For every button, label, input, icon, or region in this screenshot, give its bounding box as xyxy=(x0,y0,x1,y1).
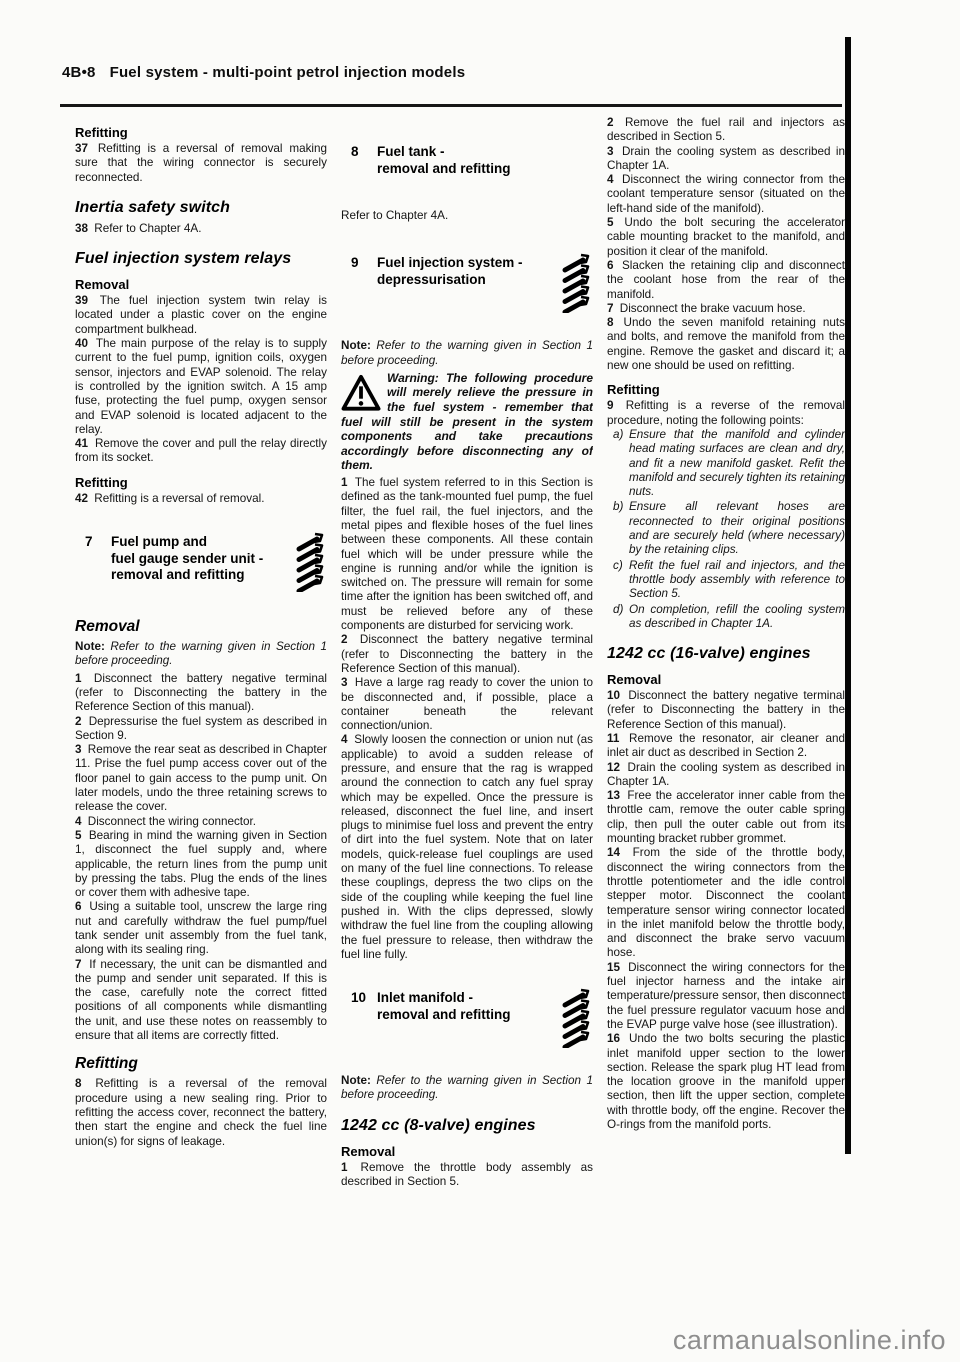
list-label: b) xyxy=(613,500,629,557)
step-paragraph: 3 Have a large rag ready to cover the un… xyxy=(341,676,593,733)
step-paragraph: 6 Slacken the retaining clip and disconn… xyxy=(607,259,845,302)
step-number: 38 xyxy=(75,222,91,235)
step-number: 13 xyxy=(607,789,623,802)
note: Note: Refer to the warning given in Sect… xyxy=(75,640,327,669)
step-text: Remove the cover and pull the relay dire… xyxy=(75,437,327,464)
step-paragraph: 11 Remove the resonator, air cleaner and… xyxy=(607,732,845,761)
step-text: Using a suitable tool, unscrew the large… xyxy=(75,900,327,956)
column-2: 8Fuel tank -removal and refittingRefer t… xyxy=(341,116,593,1189)
list-item: a)Ensure that the manifold and cylinder … xyxy=(613,428,845,499)
section-heading: 9Fuel injection system -depressurisation xyxy=(341,255,593,313)
list-item: d)On completion, refill the cooling syst… xyxy=(613,603,845,632)
list-label: c) xyxy=(613,559,629,602)
step-text: Slacken the retaining clip and disconnec… xyxy=(607,259,845,301)
step-text: Drain the cooling system as described in… xyxy=(607,761,845,788)
step-text: Refitting is a reversal of removal. xyxy=(94,492,264,505)
step-text: Refitting is a reversal of the removal p… xyxy=(75,1077,327,1147)
list-text: On completion, refill the cooling system… xyxy=(629,603,845,632)
step-text: Undo the seven manifold retaining nuts a… xyxy=(607,316,845,372)
section-number: 10 xyxy=(341,990,377,1005)
section-title-line: Inlet manifold - xyxy=(377,990,559,1007)
step-number: 6 xyxy=(607,259,617,272)
step-paragraph: 2 Depressurise the fuel system as descri… xyxy=(75,715,327,744)
step-paragraph: 4 Disconnect the wiring connector from t… xyxy=(607,173,845,216)
note: Note: Refer to the warning given in Sect… xyxy=(341,339,593,368)
step-paragraph: 13 Free the accelerator inner cable from… xyxy=(607,789,845,846)
step-number: 1 xyxy=(75,672,85,685)
note-label: Note: xyxy=(341,339,371,352)
warning-triangle-icon xyxy=(341,374,381,412)
warning-box: Warning: The following procedure will me… xyxy=(341,371,593,473)
subheading: Refitting xyxy=(75,125,327,140)
step-paragraph: 10 Disconnect the battery negative termi… xyxy=(607,689,845,732)
section-title-line: removal and refitting xyxy=(111,567,293,584)
section-title-line: Fuel tank - xyxy=(377,144,559,161)
step-number: 4 xyxy=(341,733,351,746)
step-text: Refitting is a reversal of removal makin… xyxy=(75,142,327,184)
step-number: 8 xyxy=(75,1077,85,1090)
step-text: Depressurise the fuel system as describe… xyxy=(75,715,327,742)
step-text: Remove the throttle body assembly as des… xyxy=(341,1161,593,1188)
list-text: Ensure all relevant hoses are reconnecte… xyxy=(629,500,845,557)
step-text: The fuel injection system twin relay is … xyxy=(75,294,327,336)
step-number: 8 xyxy=(607,316,617,329)
step-number: 4 xyxy=(607,173,617,186)
step-text: Refitting is a reverse of the removal pr… xyxy=(607,399,845,426)
step-paragraph: 3 Drain the cooling system as described … xyxy=(607,145,845,174)
wrenches-icon xyxy=(559,251,593,313)
note-text: Refer to the warning given in Section 1 … xyxy=(341,339,593,366)
page-header: 4B•8Fuel system - multi-point petrol inj… xyxy=(62,64,465,81)
section-title: Fuel injection system -depressurisation xyxy=(377,255,559,288)
step-text: The main purpose of the relay is to supp… xyxy=(75,337,327,436)
note-label: Note: xyxy=(75,640,105,653)
subheading: Refitting xyxy=(75,475,327,490)
step-number: 5 xyxy=(75,829,85,842)
step-text: Disconnect the wiring connectors for the… xyxy=(607,961,845,1031)
step-paragraph: 3 Remove the rear seat as described in C… xyxy=(75,743,327,814)
section-title-line: removal and refitting xyxy=(377,161,559,178)
page-title: Fuel system - multi-point petrol injecti… xyxy=(110,64,466,81)
step-text: Disconnect the battery negative terminal… xyxy=(607,689,845,731)
section-number: 9 xyxy=(341,255,377,270)
spine-bar xyxy=(845,37,851,1154)
header-divider xyxy=(60,104,842,107)
section-subheading: 1242 cc (8-valve) engines xyxy=(341,1117,593,1135)
step-text: Refer to Chapter 4A. xyxy=(94,222,201,235)
column-3: 2 Remove the fuel rail and injectors as … xyxy=(607,116,845,1132)
step-paragraph: 7 Disconnect the brake vacuum hose. xyxy=(607,302,845,316)
step-number: 12 xyxy=(607,761,623,774)
watermark: carmanualsonline.info xyxy=(673,1325,946,1356)
step-text: If necessary, the unit can be dismantled… xyxy=(75,958,327,1042)
note: Note: Refer to the warning given in Sect… xyxy=(341,1074,593,1103)
section-title-line: Fuel pump and xyxy=(111,534,293,551)
step-text: Remove the resonator, air cleaner and in… xyxy=(607,732,845,759)
step-text: Disconnect the battery negative terminal… xyxy=(75,672,327,714)
step-text: Disconnect the wiring connector. xyxy=(88,815,256,828)
list-item: b)Ensure all relevant hoses are reconnec… xyxy=(613,500,845,557)
step-paragraph: 8 Refitting is a reversal of the removal… xyxy=(75,1077,327,1148)
step-number: 2 xyxy=(75,715,85,728)
section-title-line: Fuel injection system - xyxy=(377,255,559,272)
step-number: 1 xyxy=(341,1161,351,1174)
step-paragraph: 15 Disconnect the wiring connectors for … xyxy=(607,961,845,1032)
step-paragraph: 2 Remove the fuel rail and injectors as … xyxy=(607,116,845,145)
step-number: 1 xyxy=(341,476,351,489)
wrenches-icon xyxy=(559,986,593,1048)
step-paragraph: 4 Slowly loosen the connection or union … xyxy=(341,733,593,962)
step-paragraph: 14 From the side of the throttle body, d… xyxy=(607,846,845,960)
step-paragraph: 8 Undo the seven manifold retaining nuts… xyxy=(607,316,845,373)
section-heading: 8Fuel tank -removal and refitting xyxy=(341,144,593,177)
step-text: Undo the two bolts securing the plastic … xyxy=(607,1032,845,1131)
warning-label: Warning: xyxy=(387,371,439,385)
section-heading: 7Fuel pump andfuel gauge sender unit -re… xyxy=(75,534,327,592)
step-paragraph: 1 Disconnect the battery negative termin… xyxy=(75,672,327,715)
section-heading: 10Inlet manifold -removal and refitting xyxy=(341,990,593,1048)
subheading: Removal xyxy=(607,672,845,687)
paragraph: Refer to Chapter 4A. xyxy=(341,209,593,223)
step-paragraph: 5 Undo the bolt securing the accelerator… xyxy=(607,216,845,259)
step-paragraph: 4 Disconnect the wiring connector. xyxy=(75,815,327,829)
step-number: 4 xyxy=(75,815,85,828)
section-title: Fuel tank -removal and refitting xyxy=(377,144,559,177)
subheading: Refitting xyxy=(75,1055,327,1073)
step-text: Bearing in mind the warning given in Sec… xyxy=(75,829,327,899)
step-number: 9 xyxy=(607,399,617,412)
step-text: Free the accelerator inner cable from th… xyxy=(607,789,845,845)
step-paragraph: 5 Bearing in mind the warning given in S… xyxy=(75,829,327,900)
subheading: Refitting xyxy=(607,382,845,397)
section-subheading: Inertia safety switch xyxy=(75,199,327,217)
step-text: Remove the fuel rail and injectors as de… xyxy=(607,116,845,143)
section-number: 7 xyxy=(75,534,111,549)
text-columns: Refitting37 Refitting is a reversal of r… xyxy=(75,116,845,1189)
section-title-line: removal and refitting xyxy=(377,1007,559,1024)
page-number: 4B•8 xyxy=(62,64,96,81)
step-number: 5 xyxy=(607,216,617,229)
step-paragraph: 41 Remove the cover and pull the relay d… xyxy=(75,437,327,466)
list-label: a) xyxy=(613,428,629,499)
section-title-line: fuel gauge sender unit - xyxy=(111,551,293,568)
step-paragraph: 9 Refitting is a reverse of the removal … xyxy=(607,399,845,428)
step-number: 11 xyxy=(607,732,622,745)
step-number: 3 xyxy=(341,676,351,689)
step-text: Undo the bolt securing the accelerator c… xyxy=(607,216,845,258)
step-text: Disconnect the battery negative terminal… xyxy=(341,633,593,675)
step-paragraph: 39 The fuel injection system twin relay … xyxy=(75,294,327,337)
list-text: Refit the fuel rail and injectors, and t… xyxy=(629,559,845,602)
step-text: The fuel system referred to in this Sect… xyxy=(341,476,593,632)
step-paragraph: 16 Undo the two bolts securing the plast… xyxy=(607,1032,845,1132)
section-number: 8 xyxy=(341,144,377,159)
note-text: Refer to the warning given in Section 1 … xyxy=(341,1074,593,1101)
list-label: d) xyxy=(613,603,629,632)
note-text: Refer to the warning given in Section 1 … xyxy=(75,640,327,667)
step-number: 7 xyxy=(607,302,617,315)
step-number: 15 xyxy=(607,961,623,974)
subheading: Removal xyxy=(341,1144,593,1159)
step-number: 3 xyxy=(607,145,617,158)
step-number: 14 xyxy=(607,846,623,859)
step-number: 10 xyxy=(607,689,623,702)
step-text: Drain the cooling system as described in… xyxy=(607,145,845,172)
step-number: 40 xyxy=(75,337,91,350)
step-number: 7 xyxy=(75,958,85,971)
list-text: Ensure that the manifold and cylinder he… xyxy=(629,428,845,499)
section-title-line: depressurisation xyxy=(377,272,559,289)
column-1: Refitting37 Refitting is a reversal of r… xyxy=(75,116,327,1149)
step-number: 2 xyxy=(341,633,351,646)
subheading: Removal xyxy=(75,618,327,636)
section-title: Inlet manifold -removal and refitting xyxy=(377,990,559,1023)
note-label: Note: xyxy=(341,1074,371,1087)
step-paragraph: 38 Refer to Chapter 4A. xyxy=(75,222,327,236)
step-paragraph: 12 Drain the cooling system as described… xyxy=(607,761,845,790)
step-number: 6 xyxy=(75,900,85,913)
step-number: 2 xyxy=(607,116,617,129)
list-item: c)Refit the fuel rail and injectors, and… xyxy=(613,559,845,602)
subheading: Removal xyxy=(75,277,327,292)
manual-page: 4B•8Fuel system - multi-point petrol inj… xyxy=(0,0,960,1362)
step-text: Slowly loosen the connection or union nu… xyxy=(341,733,593,960)
step-paragraph: 1 The fuel system referred to in this Se… xyxy=(341,476,593,633)
step-paragraph: 2 Disconnect the battery negative termin… xyxy=(341,633,593,676)
step-number: 39 xyxy=(75,294,91,307)
section-subheading: 1242 cc (16-valve) engines xyxy=(607,645,845,663)
step-text: Disconnect the brake vacuum hose. xyxy=(620,302,806,315)
step-text: Have a large rag ready to cover the unio… xyxy=(341,676,593,732)
step-text: Disconnect the wiring connector from the… xyxy=(607,173,845,215)
section-title: Fuel pump andfuel gauge sender unit -rem… xyxy=(111,534,293,584)
wrenches-icon xyxy=(293,530,327,592)
step-paragraph: 42 Refitting is a reversal of removal. xyxy=(75,492,327,506)
step-text: From the side of the throttle body, disc… xyxy=(607,846,845,959)
step-paragraph: 1 Remove the throttle body assembly as d… xyxy=(341,1161,593,1190)
step-number: 37 xyxy=(75,142,91,155)
step-paragraph: 6 Using a suitable tool, unscrew the lar… xyxy=(75,900,327,957)
step-paragraph: 7 If necessary, the unit can be dismantl… xyxy=(75,958,327,1044)
step-number: 42 xyxy=(75,492,91,505)
section-subheading: Fuel injection system relays xyxy=(75,250,327,268)
step-number: 41 xyxy=(75,437,91,450)
step-number: 3 xyxy=(75,743,85,756)
step-text: Remove the rear seat as described in Cha… xyxy=(75,743,327,813)
step-paragraph: 37 Refitting is a reversal of removal ma… xyxy=(75,142,327,185)
step-paragraph: 40 The main purpose of the relay is to s… xyxy=(75,337,327,437)
step-number: 16 xyxy=(607,1032,623,1045)
